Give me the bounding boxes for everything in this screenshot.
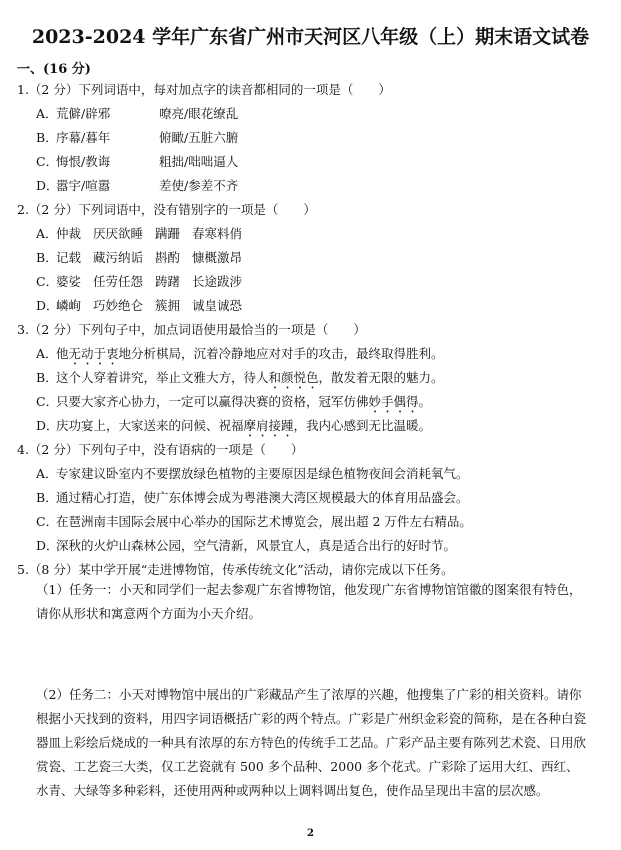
q3-option-c: C．只要大家齐心协力，一定可以赢得决赛的资格，冠军仿佛妙手偶得。 — [36, 392, 431, 416]
task-2: （2）任务二：小天对博物馆中展出的广彩藏品产生了浓厚的兴趣，他搜集了广彩的相关资… — [36, 683, 588, 803]
option-label: B． — [36, 128, 56, 146]
option-label: A． — [36, 104, 56, 122]
word: 春寒料俏 — [192, 224, 242, 242]
word: 厌厌欲睡 — [93, 224, 143, 242]
word: 蹒跚 — [155, 224, 180, 242]
q4-option-b: B．通过精心打造，使广东体博会成为粤港澳大湾区规模最大的体育用品盛会。 — [36, 488, 469, 506]
q1-option-c: C．悔恨/教诲粗拙/咄咄逼人 — [36, 152, 238, 170]
question-5-stem: 5.（8 分）某中学开展“走进博物馆，传承传统文化”活动，请你完成以下任务。 — [17, 560, 454, 578]
sentence-pre: 他 — [56, 346, 69, 361]
option-label: D． — [36, 536, 56, 554]
option-label: C． — [36, 272, 56, 290]
word: 记载 — [56, 248, 81, 266]
word: 嶙峋 — [56, 296, 81, 314]
q4-option-c: C．在琶洲南丰国际会展中心举办的国际艺术博览会，展出超 2 万件左右精品。 — [36, 512, 472, 530]
option-text: 通过精心打造，使广东体博会成为粤港澳大湾区规模最大的体育用品盛会。 — [56, 490, 469, 505]
option-col1: 荒僻/辟邪 — [56, 104, 159, 122]
word: 诚皇诚恐 — [192, 296, 242, 314]
question-2-stem: 2.（2 分）下列词语中，没有错别字的一项是（ ） — [17, 200, 316, 218]
option-label: A． — [36, 464, 56, 482]
option-col2: 嘹亮/眼花缭乱 — [159, 106, 238, 121]
q3-option-d: D．庆功宴上，大家送来的问候、祝福摩肩接踵，我内心感到无比温暖。 — [36, 416, 431, 440]
q4-option-d: D．深秋的火炉山森林公园，空气清新，风景宜人，真是适合出行的好时节。 — [36, 536, 456, 554]
question-1-stem: 1.（2 分）下列词语中，每对加点字的读音都相同的一项是（ ） — [17, 80, 391, 98]
option-text: 专家建议卧室内不要摆放绿色植物的主要原因是绿色植物夜间会消耗氧气。 — [56, 466, 469, 481]
page-number: 2 — [0, 828, 621, 839]
q2-option-d: D．嶙峋巧妙绝仑簇拥诚皇诚恐 — [36, 296, 254, 314]
sentence-pre: 庆功宴上，大家送来的问候、祝福 — [56, 418, 244, 433]
word: 簇拥 — [155, 296, 180, 314]
option-label: A． — [36, 344, 56, 362]
option-label: B． — [36, 368, 56, 386]
option-text: 在琶洲南丰国际会展中心举办的国际艺术博览会，展出超 2 万件左右精品。 — [56, 514, 472, 529]
word: 仲裁 — [56, 224, 81, 242]
q2-option-c: C．婆娑任劳任怨踌躇长途跋涉 — [36, 272, 254, 290]
dotted-phrase: 妙手偶得 — [369, 394, 419, 409]
sentence-post: 地分析棋局，沉着冷静地应对对手的攻击，最终取得胜利。 — [119, 346, 444, 361]
option-col2: 俯瞰/五脏六腑 — [159, 130, 238, 145]
dotted-phrase: 无动于衷 — [69, 346, 119, 361]
document-title: 2023-2024 学年广东省广州市天河区八年级（上）期末语文试卷 — [0, 22, 621, 49]
option-col1: 悔恨/教诲 — [56, 152, 159, 170]
section-heading: 一、(16 分) — [17, 58, 91, 77]
word: 婆娑 — [56, 272, 81, 290]
q3-option-b: B．这个人穿着讲究，举止文雅大方，待人和颜悦色，散发着无限的魅力。 — [36, 368, 444, 392]
option-label: D． — [36, 416, 56, 434]
sentence-post: 。 — [419, 394, 432, 409]
sentence-pre: 这个人穿着讲究，举止文雅大方，待人 — [56, 370, 269, 385]
sentence-pre: 只要大家齐心协力，一定可以赢得决赛的资格，冠军仿佛 — [56, 394, 369, 409]
option-label: B． — [36, 488, 56, 506]
word: 任劳任怨 — [93, 272, 143, 290]
dotted-phrase: 和颜悦色 — [269, 370, 319, 385]
word: 斟酌 — [155, 248, 180, 266]
q3-option-a: A．他无动于衷地分析棋局，沉着冷静地应对对手的攻击，最终取得胜利。 — [36, 344, 444, 368]
option-label: C． — [36, 392, 56, 410]
option-col1: 嚣宇/喧嚣 — [56, 176, 159, 194]
word: 踌躇 — [155, 272, 180, 290]
word: 巧妙绝仑 — [93, 296, 143, 314]
option-label: A． — [36, 224, 56, 242]
question-3-stem: 3.（2 分）下列句子中，加点词语使用最恰当的一项是（ ） — [17, 320, 366, 338]
word: 藏污纳诟 — [93, 248, 143, 266]
sentence-post: ，我内心感到无比温暖。 — [294, 418, 432, 433]
option-label: C． — [36, 512, 56, 530]
question-4-stem: 4.（2 分）下列句子中，没有语病的一项是（ ） — [17, 440, 303, 458]
option-label: C． — [36, 152, 56, 170]
q4-option-a: A．专家建议卧室内不要摆放绿色植物的主要原因是绿色植物夜间会消耗氧气。 — [36, 464, 469, 482]
q1-option-b: B．序幕/暮年俯瞰/五脏六腑 — [36, 128, 238, 146]
option-col1: 序幕/暮年 — [56, 128, 159, 146]
q1-option-d: D．嚣宇/喧嚣差使/参差不齐 — [36, 176, 238, 194]
option-label: D． — [36, 296, 56, 314]
word: 长途跋涉 — [192, 272, 242, 290]
sentence-post: ，散发着无限的魅力。 — [319, 370, 444, 385]
option-label: D． — [36, 176, 56, 194]
option-col2: 差使/参差不齐 — [159, 178, 238, 193]
option-col2: 粗拙/咄咄逼人 — [159, 154, 238, 169]
option-text: 深秋的火炉山森林公园，空气清新，风景宜人，真是适合出行的好时节。 — [56, 538, 456, 553]
q1-option-a: A．荒僻/辟邪嘹亮/眼花缭乱 — [36, 104, 238, 122]
q2-option-a: A．仲裁厌厌欲睡蹒跚春寒料俏 — [36, 224, 254, 242]
dotted-phrase: 摩肩接踵 — [244, 418, 294, 433]
task-1: （1）任务一：小天和同学们一起去参观广东省博物馆，他发现广东省博物馆馆徽的图案很… — [36, 578, 588, 626]
q2-option-b: B．记载藏污纳诟斟酌慷概激昂 — [36, 248, 254, 266]
option-label: B． — [36, 248, 56, 266]
word: 慷概激昂 — [192, 248, 242, 266]
